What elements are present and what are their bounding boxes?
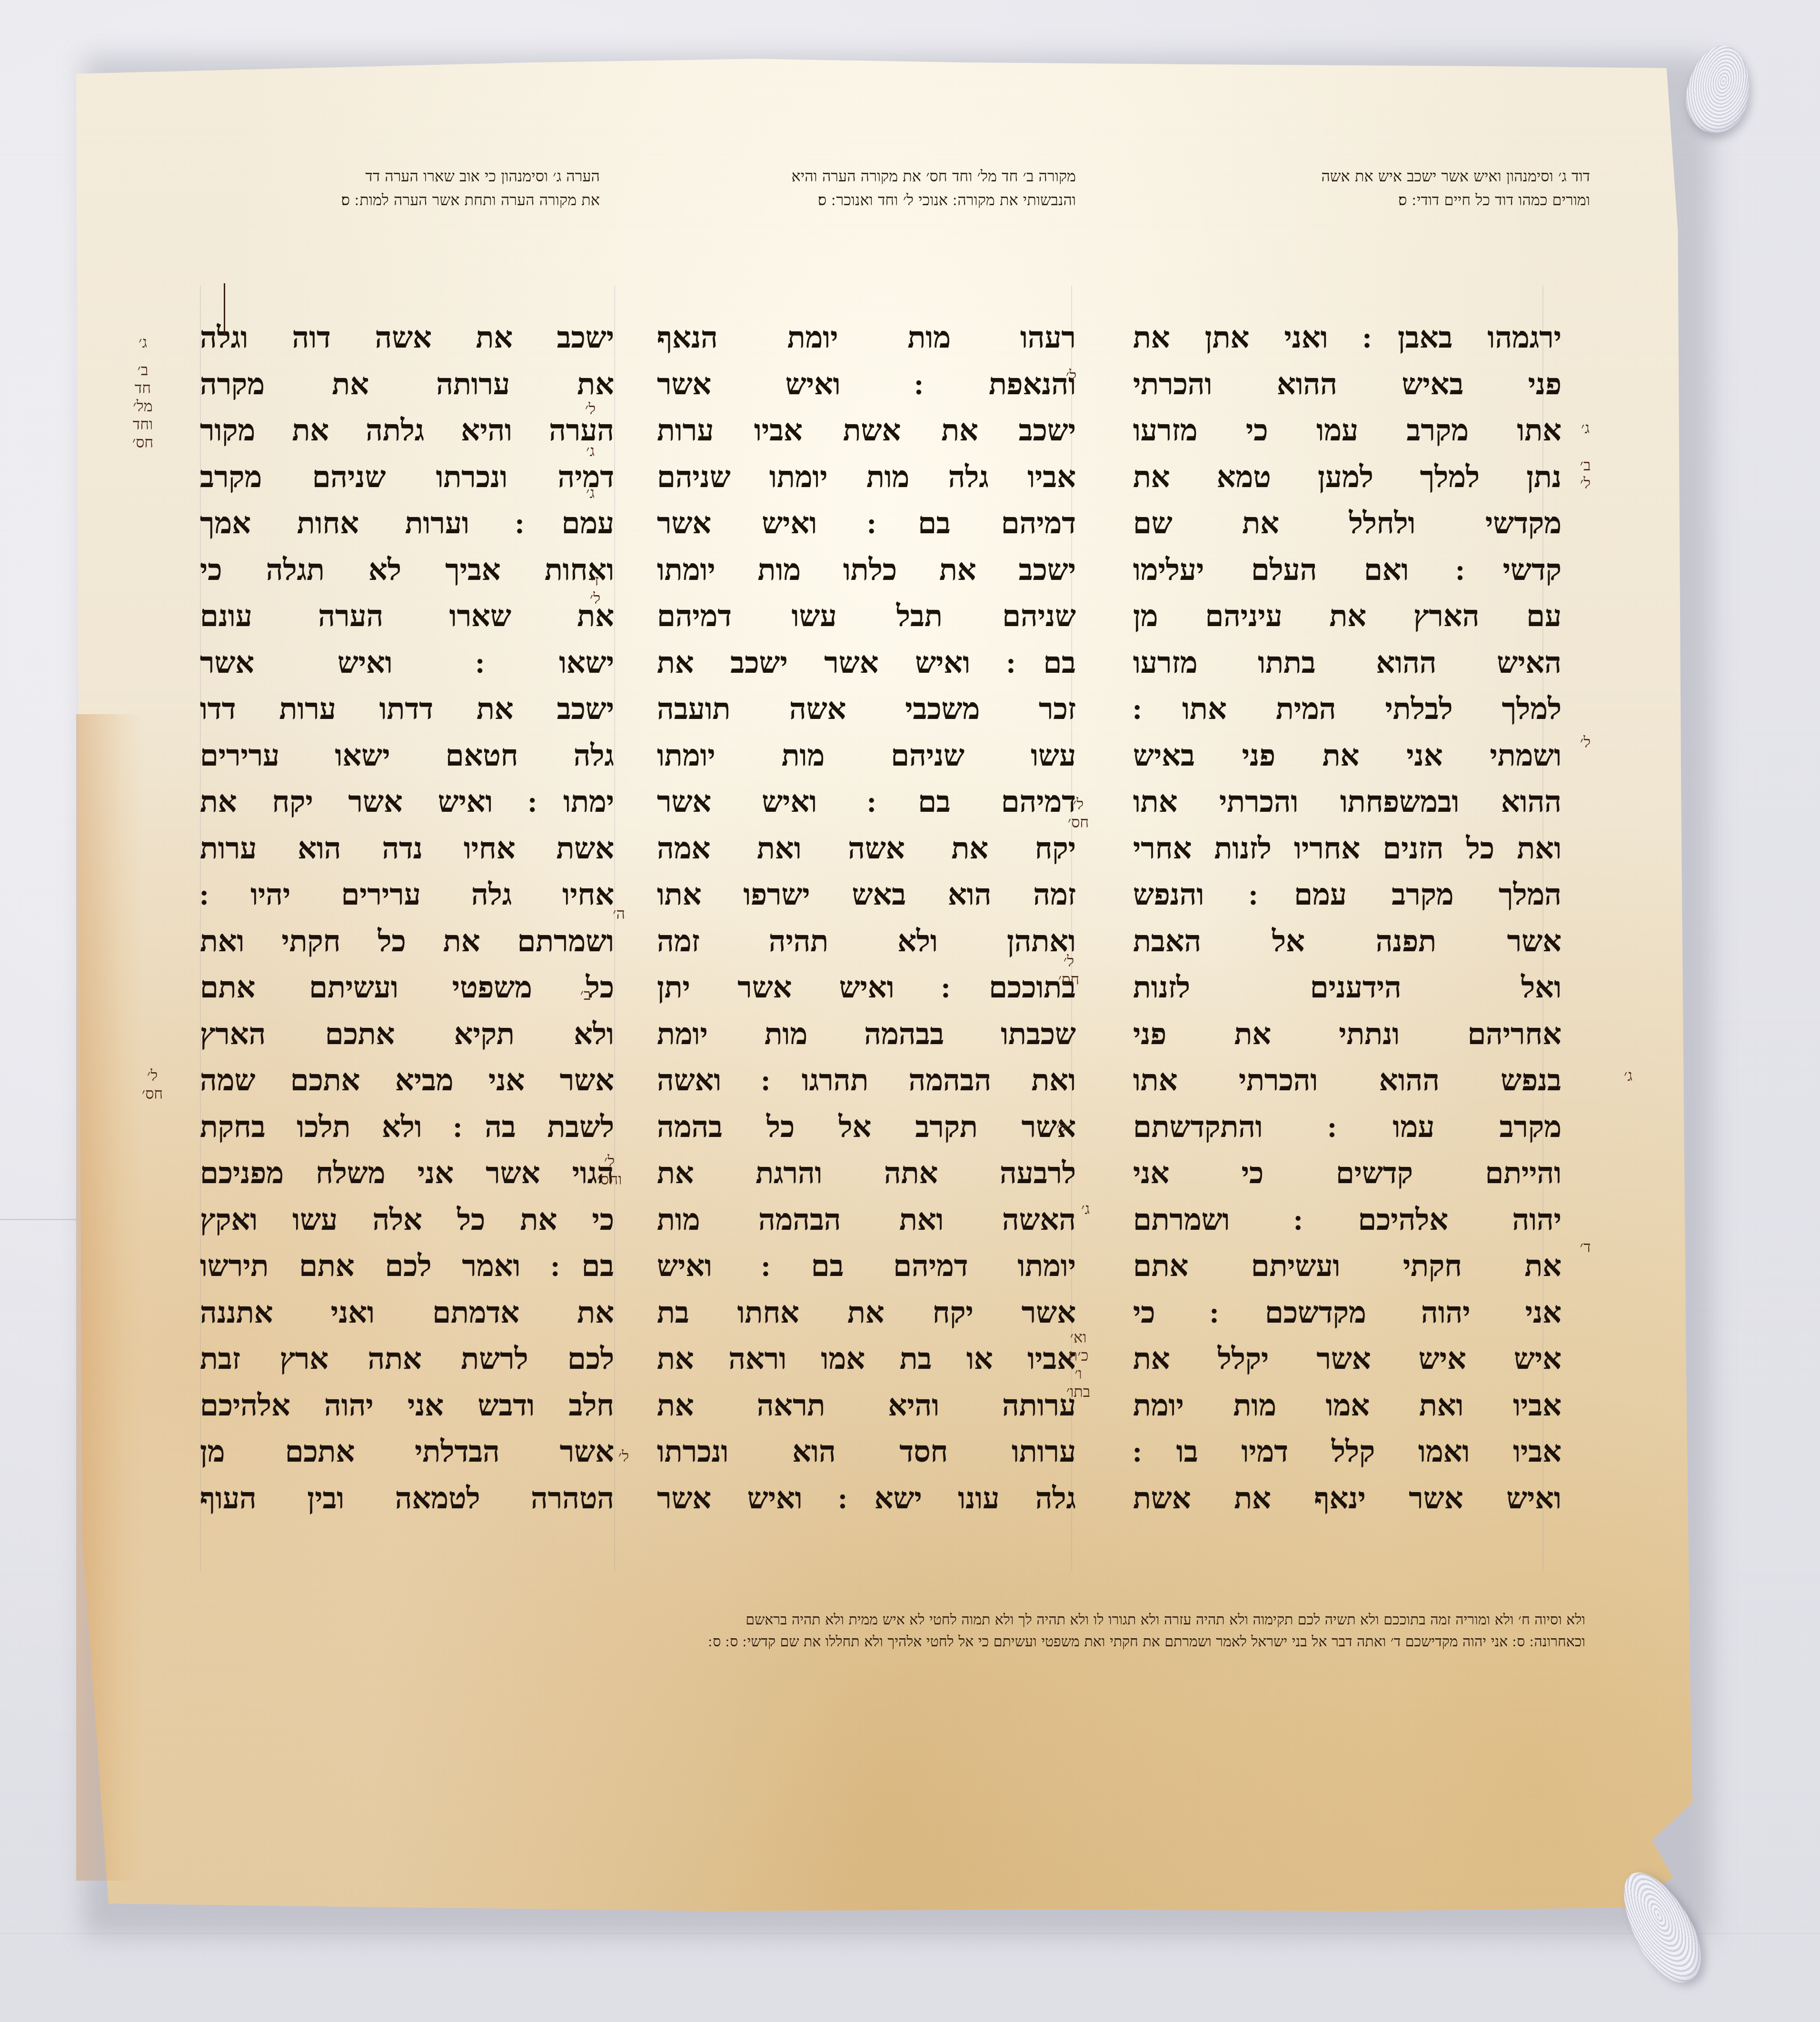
column-line: כי את כל אלה עשו ואקץ — [200, 1196, 614, 1243]
mp-text: ב׳ — [567, 986, 605, 1004]
mp-text: ל׳ — [1571, 474, 1600, 492]
mp-text: ג׳ — [1071, 1200, 1100, 1218]
mp-text: ל׳ — [609, 1447, 638, 1465]
masorah-magna-top-middle: מקורה ב׳ חד מל׳ וחד חס׳ את מקורה הערה וה… — [638, 164, 1076, 212]
column-line: בתוככם ׃ ואיש אשר יתן — [657, 964, 1076, 1011]
column-line: את אדמתם ואני אתננה — [200, 1289, 614, 1336]
column-line: ואיש אשר ינאף את אשת — [1133, 1475, 1561, 1522]
mp-text: מל׳ — [129, 397, 157, 415]
mp-text: ב׳ — [129, 361, 157, 379]
mp-text: ל׳ — [1052, 952, 1085, 970]
masorah-line: ומורים כמהו דוד כל חיים דודי ׃ ס׃ — [1133, 188, 1590, 212]
mp-text: ל׳ — [1062, 795, 1095, 813]
column-line: קדשי ׃ ואם העלם יעלימו — [1133, 547, 1561, 593]
column-line: שכבתו בבהמה מות יומת — [657, 1011, 1076, 1057]
column-line: ולא תקיא אתכם הארץ — [200, 1011, 614, 1057]
masorah-line: דוד ג׳ וסימנהון ואיש אשר ישכב איש את אשה — [1133, 164, 1590, 188]
masorah-parva-note: ה׳ — [605, 905, 633, 923]
mp-text: חד — [129, 379, 157, 397]
ruling-line — [614, 286, 615, 1571]
column-start-marker — [224, 283, 225, 336]
column-line: ואת הבהמה תהרגו ׃ ואשה — [657, 1057, 1076, 1104]
masorah-parva-note: ל׳ וחס׳ — [590, 1152, 628, 1188]
masorah-line: מקורה ב׳ חד מל׳ וחד חס׳ את מקורה הערה וה… — [638, 164, 1076, 188]
mat-edge-left — [0, 1219, 76, 1220]
column-line: ההוא ובמשפחתו והכרתי אתו — [1133, 778, 1561, 825]
column-line: בם ׃ ואיש אשר ישכב את — [657, 639, 1076, 686]
column-line: הערה והיא גלתה את מקור — [200, 407, 614, 454]
column-line: את ערותה את מקרה — [200, 361, 614, 408]
column-line: ושמרתם את כל חקתי ואת — [200, 918, 614, 965]
mp-text: ב׳ — [1571, 456, 1600, 474]
mp-text: ה׳ — [605, 905, 633, 923]
mp-text: ג׳ — [1614, 1066, 1642, 1085]
column-line: אשר יקח את אחתו בת — [657, 1289, 1076, 1336]
mp-text: ז׳ — [581, 571, 609, 589]
masorah-parva-note: ל׳ — [1047, 1119, 1076, 1137]
column-line: עם הארץ את עיניהם מן — [1133, 593, 1561, 639]
masorah-parva-note: ל׳ חס׳ — [1062, 795, 1095, 831]
mp-text: וחד — [129, 415, 157, 433]
masorah-parva-note: ל׳ חס׳ — [138, 1066, 167, 1103]
mp-text: חס׳ — [138, 1085, 167, 1103]
masorah-line: את מקורה הערה ותחת אשר הערה למות ׃ ס׃ — [200, 188, 600, 212]
column-line: פני באיש ההוא והכרתי — [1133, 361, 1561, 408]
mp-text: ג׳ — [576, 484, 605, 502]
mp-text: ל׳ — [1057, 367, 1085, 385]
masorah-line: וכאחרונה ׃ ס ׃ אני יהוה מקדישכם ד׳ ואתה … — [205, 1631, 1585, 1653]
column-line: אשר תפנה אל האבת — [1133, 918, 1561, 965]
masorah-magna-bottom: ולא וסיוה ח׳ ולא ומוריה זמה בתוככם ולא ת… — [205, 1609, 1585, 1653]
mp-text: ל׳ — [576, 400, 605, 418]
masorah-magna-top-right: דוד ג׳ וסימנהון ואיש אשר ישכב איש את אשה… — [1133, 164, 1590, 212]
column-line: דמיהם בם ׃ ואיש אשר — [657, 500, 1076, 547]
mp-text: ל׳ — [1571, 733, 1600, 751]
column-line: ישכב את אשה דוה וגלה — [200, 314, 614, 361]
column-line: המלך מקרב עמם ׃ והנפש — [1133, 871, 1561, 918]
masorah-parva-note: ז׳ ל׳ — [581, 571, 609, 608]
column-line: אחיו גלה ערירים יהיו ׃ — [200, 871, 614, 918]
column-line: ואל הידענים לזנות — [1133, 964, 1561, 1011]
column-line: ערותו חסד הוא ונכרתו — [657, 1428, 1076, 1475]
text-column-middle: רעהו מות יומת הנאף והנאפת ׃ ואיש אשר ישכ… — [657, 314, 1076, 1521]
column-line: ושמתי אני את פני באיש — [1133, 732, 1561, 779]
column-line: אשר הבדלתי אתכם מן — [200, 1428, 614, 1475]
mp-text: ג׳ — [1571, 419, 1600, 437]
left-edge-stain — [76, 714, 143, 1881]
mp-text: וחס׳ — [590, 1170, 628, 1188]
masorah-line: והנבשותי את מקורה ׃ אנוכי ל׳ וחד ואנוכר … — [638, 188, 1076, 212]
column-line: אשר תקרב אל כל בהמה — [657, 1104, 1076, 1150]
mp-text: ל׳ — [590, 1152, 628, 1170]
column-line: את שארו הערה עונם — [200, 593, 614, 639]
column-line: דמיה ונכרתו שניהם מקרב — [200, 454, 614, 500]
column-line: אתו מקרב עמו כי מזרעו — [1133, 407, 1561, 454]
mp-text: ל׳ — [138, 1066, 167, 1085]
column-line: עמם ׃ וערות אחות אמך — [200, 500, 614, 547]
masorah-parva-note: וא׳ כ׳ת ו׳ בתו׳ — [1062, 1328, 1095, 1401]
column-line: אביו או בת אמו וראה את — [657, 1335, 1076, 1382]
column-line: והנאפת ׃ ואיש אשר — [657, 361, 1076, 408]
column-line: רעהו מות יומת הנאף — [657, 314, 1076, 361]
masorah-parva-note: ג׳ ב׳ ל׳ — [1571, 419, 1600, 492]
column-line: והייתם קדשים כי אני — [1133, 1150, 1561, 1196]
column-line: הטהרה לטמאה ובין העוף — [200, 1475, 614, 1522]
column-line: ואתהן ולא תהיה זמה — [657, 918, 1076, 965]
column-line: עשו שניהם מות יומתו — [657, 732, 1076, 779]
column-line: זמה הוא באש ישרפו אתו — [657, 871, 1076, 918]
column-line: ישכב את דדתו ערות דדו — [200, 686, 614, 732]
masorah-line: ולא וסיוה ח׳ ולא ומוריה זמה בתוככם ולא ת… — [205, 1609, 1585, 1631]
column-line: אחריהם ונתתי את פני — [1133, 1011, 1561, 1057]
column-line: לכם לרשת אתה ארץ זבת — [200, 1335, 614, 1382]
masorah-parva-note: ל׳ — [1057, 367, 1085, 385]
masorah-parva-note: ל׳ — [1571, 733, 1600, 751]
column-line: גלה עונו ישא ׃ ואיש אשר — [657, 1475, 1076, 1522]
masorah-parva-note: ב׳ — [567, 986, 605, 1004]
column-line: דמיהם בם ׃ ואיש אשר — [657, 778, 1076, 825]
column-line: יומתו דמיהם בם ׃ ואיש — [657, 1243, 1076, 1289]
text-column-right: ירגמהו באבן ׃ ואני אתן את פני באיש ההוא … — [1133, 314, 1561, 1521]
column-line: ימתו ׃ ואיש אשר יקח את — [200, 778, 614, 825]
column-line: בם ׃ ואמר לכם אתם תירשו — [200, 1243, 614, 1289]
mp-text: ד׳ — [1571, 1238, 1600, 1256]
mp-text: ג׳ — [129, 333, 157, 351]
column-line: למלך לבלתי המית אתו ׃ — [1133, 686, 1561, 732]
column-line: זכר משכבי אשה תועבה — [657, 686, 1076, 732]
masorah-parva-note: ל׳ ג׳ ג׳ — [576, 400, 605, 502]
mp-text: חס׳ — [1062, 813, 1095, 831]
mp-text: ל׳ — [581, 589, 609, 608]
masorah-parva-note: ל׳ חס׳ — [1052, 952, 1085, 988]
mp-text: ל׳ — [1047, 1119, 1076, 1137]
column-line: נתן למלך למען טמא את — [1133, 454, 1561, 500]
column-line: אשר אני מביא אתכם שמה — [200, 1057, 614, 1104]
masorah-parva-note: ג׳ — [1614, 1066, 1642, 1085]
column-line: לשבת בה ׃ ולא תלכו בחקת — [200, 1104, 614, 1150]
column-line: יהוה אלהיכם ׃ ושמרתם — [1133, 1196, 1561, 1243]
mp-text: ו׳ — [1062, 1365, 1095, 1383]
column-line: הגוי אשר אני משלח מפניכם — [200, 1150, 614, 1196]
column-line: ישכב את אשת אביו ערות — [657, 407, 1076, 454]
mp-text: בתו׳ — [1062, 1383, 1095, 1401]
column-line: יקח את אשה ואת אמה — [657, 825, 1076, 872]
column-line: לרבעה אתה והרגת את — [657, 1150, 1076, 1196]
mp-text: חס׳ — [1052, 970, 1085, 988]
column-line: ואת כל הזנים אחריו לזנות אחרי — [1133, 825, 1561, 872]
column-line: שניהם תבל עשו דמיהם — [657, 593, 1076, 639]
mp-text: כ׳ת — [1062, 1346, 1095, 1365]
masorah-parva-note: ל׳ — [609, 1447, 638, 1465]
masorah-parva-note: ד׳ — [1571, 1238, 1600, 1256]
masorah-parva-note: ג׳ — [1071, 1200, 1100, 1218]
column-line: את חקתי ועשיתם אתם — [1133, 1243, 1561, 1289]
column-line: ערותה והיא תראה את — [657, 1382, 1076, 1429]
column-line: אביו גלה מות יומתו שניהם — [657, 454, 1076, 500]
masorah-parva-note: ג׳ ב׳ חד מל׳ וחד חס׳ — [129, 333, 157, 451]
column-line: אשת אחיו נדה הוא ערות — [200, 825, 614, 872]
column-line: מקרב עמו ׃ והתקדשתם — [1133, 1104, 1561, 1150]
text-column-left: ישכב את אשה דוה וגלה את ערותה את מקרה הע… — [200, 314, 614, 1521]
column-line: ואחות אביך לא תגלה כי — [200, 547, 614, 593]
column-line: ירגמהו באבן ׃ ואני אתן את — [1133, 314, 1561, 361]
column-line: אביו ואמו קלל דמיו בו ׃ — [1133, 1428, 1561, 1475]
mp-text: וא׳ — [1062, 1328, 1095, 1346]
mp-text: חס׳ — [129, 433, 157, 451]
masorah-line: הערה ג׳ וסימנהון כי אוב שארו הערה דד — [200, 164, 600, 188]
column-line: מקדשי ולחלל את שם — [1133, 500, 1561, 547]
masorah-magna-top-left: הערה ג׳ וסימנהון כי אוב שארו הערה דד את … — [200, 164, 600, 212]
column-line: גלה חטאם ישאו ערירים — [200, 732, 614, 779]
mp-text: ג׳ — [576, 442, 605, 460]
column-line: ישאו ׃ ואיש אשר — [200, 639, 614, 686]
column-line: האשה ואת הבהמה מות — [657, 1196, 1076, 1243]
column-line: כל משפטי ועשיתם אתם — [200, 964, 614, 1011]
column-line: בנפש ההוא והכרתי אתו — [1133, 1057, 1561, 1104]
column-line: האיש ההוא בתתו מזרעו — [1133, 639, 1561, 686]
column-line: חלב ודבש אני יהוה אלהיכם — [200, 1382, 614, 1429]
column-line: אני יהוה מקדשכם ׃ כי — [1133, 1289, 1561, 1336]
column-line: איש איש אשר יקלל את — [1133, 1335, 1561, 1382]
column-line: ישכב את כלתו מות יומתו — [657, 547, 1076, 593]
column-line: אביו ואת אמו מות יומת — [1133, 1382, 1561, 1429]
